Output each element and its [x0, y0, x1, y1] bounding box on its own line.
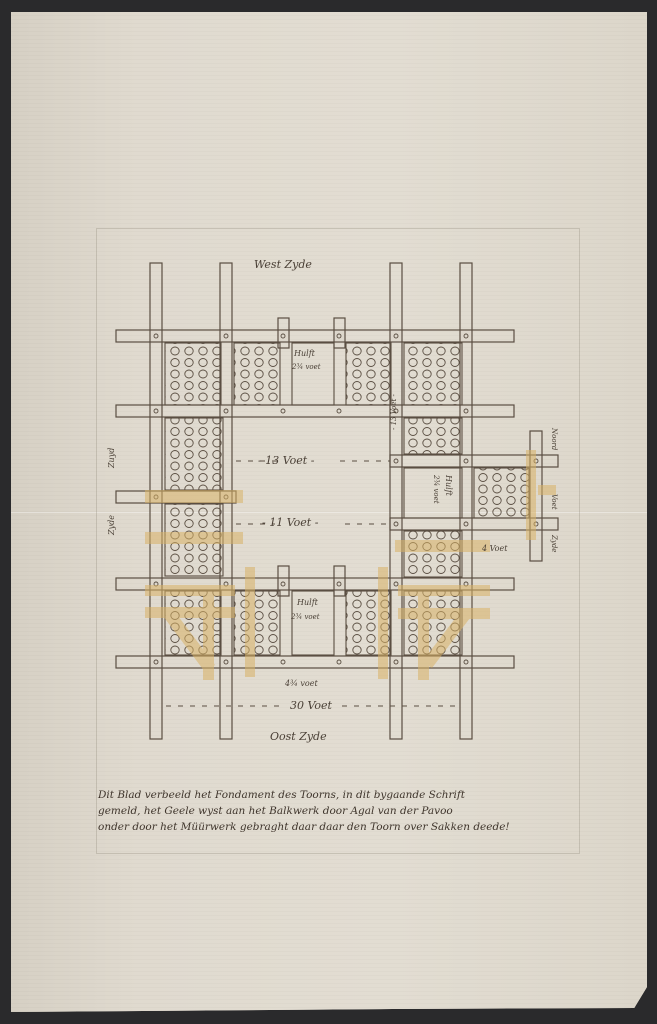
label-west-bottom: Zyde: [107, 515, 116, 535]
label-bottom-cell: Hulft: [297, 598, 318, 607]
handwritten-caption: Dit Blad verbeeld het Fondament des Toor…: [98, 787, 578, 835]
label-11-voet: - 11 Voet -: [262, 516, 318, 529]
pile-cell: [165, 343, 221, 405]
pile-cell: [404, 418, 462, 454]
label-far-right-top: Noord: [550, 428, 558, 450]
label-west-top: Zuyd: [107, 448, 116, 468]
pile-cell: [234, 591, 280, 655]
label-bottom-cell-dim: 2¾ voet: [291, 613, 320, 621]
caption-line-2: gemeld, het Geele wyst aan het Balkwerk …: [98, 803, 578, 819]
pile-cell: [404, 531, 462, 577]
label-right-vertical: - 13 Voet -: [390, 394, 398, 430]
label-bottom-gap: 4¾ voet: [285, 679, 318, 688]
pile-cell: [404, 343, 462, 405]
label-4-voet: 4 Voet: [482, 544, 507, 553]
pile-cell: [474, 468, 529, 518]
label-far-right-mid: Voet: [550, 494, 558, 510]
label-right-cell: Hulft: [444, 475, 453, 496]
pile-cell: [346, 343, 391, 405]
label-top-cell-dim: 2¾ voet: [292, 363, 321, 371]
label-west-side: West Zyde: [254, 258, 312, 271]
pile-cell: [165, 418, 223, 490]
caption-line-1: Dit Blad verbeeld het Fondament des Toor…: [98, 787, 578, 803]
pile-cell: [234, 343, 280, 405]
label-far-right-bottom: Zyde: [550, 535, 558, 552]
label-30-voet: 30 Voet: [290, 699, 332, 712]
label-east-side: Oost Zyde: [270, 730, 327, 743]
label-13-voet: - 13 Voet -: [258, 454, 314, 467]
label-right-cell-dim: 2¾ voet: [432, 475, 440, 504]
foundation-plan: [0, 0, 657, 1024]
caption-line-3: onder door het Müürwerk gebraght daar da…: [98, 819, 578, 835]
label-top-cell: Hulft: [294, 349, 315, 358]
